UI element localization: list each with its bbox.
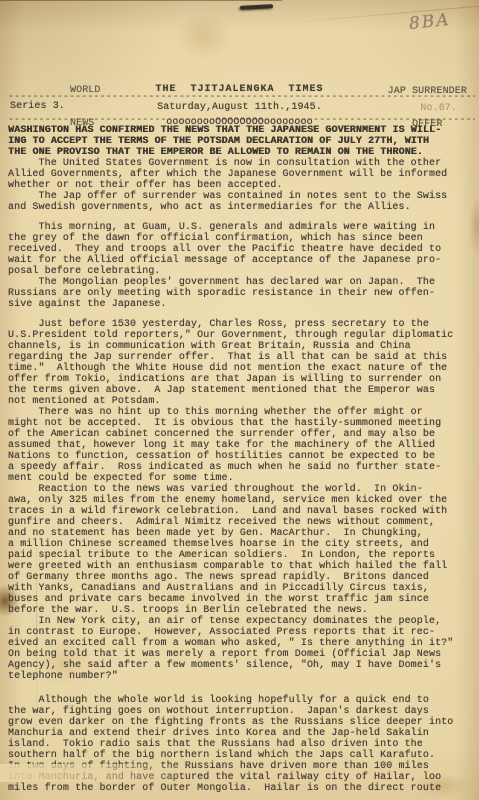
newspaper-page: 8BA WORLD NEWS THE TJITJALENGKA TIMES oo… [0, 0, 479, 800]
lead-paragraph-caps: WASHINGTON HAS CONFIRMED THE NEWS THAT T… [8, 125, 477, 158]
faded-ink-patch [0, 764, 190, 782]
article-body: WASHINGTON HAS CONFIRMED THE NEWS THAT T… [8, 125, 477, 794]
issue-number: No.67. [420, 103, 457, 114]
scan-edge-line [0, 0, 282, 1]
paragraph-guam-mongolia: This morning, at Guam, U.S. generals and… [8, 222, 477, 310]
paragraph-white-house-reaction: Just before 1530 yesterday, Charles Ross… [8, 319, 477, 682]
pencil-annotation: 8BA [408, 10, 451, 34]
dateline-row: Series 3. Saturday,August 11th.,1945. No… [8, 101, 471, 115]
ink-smudge [240, 4, 273, 10]
paper-stain [172, 12, 234, 60]
issue-date: Saturday,August 11th.,1945. [157, 102, 322, 113]
series-label: Series 3. [10, 101, 65, 112]
lead-paragraph-rest: The United States Government is now in c… [8, 158, 477, 213]
